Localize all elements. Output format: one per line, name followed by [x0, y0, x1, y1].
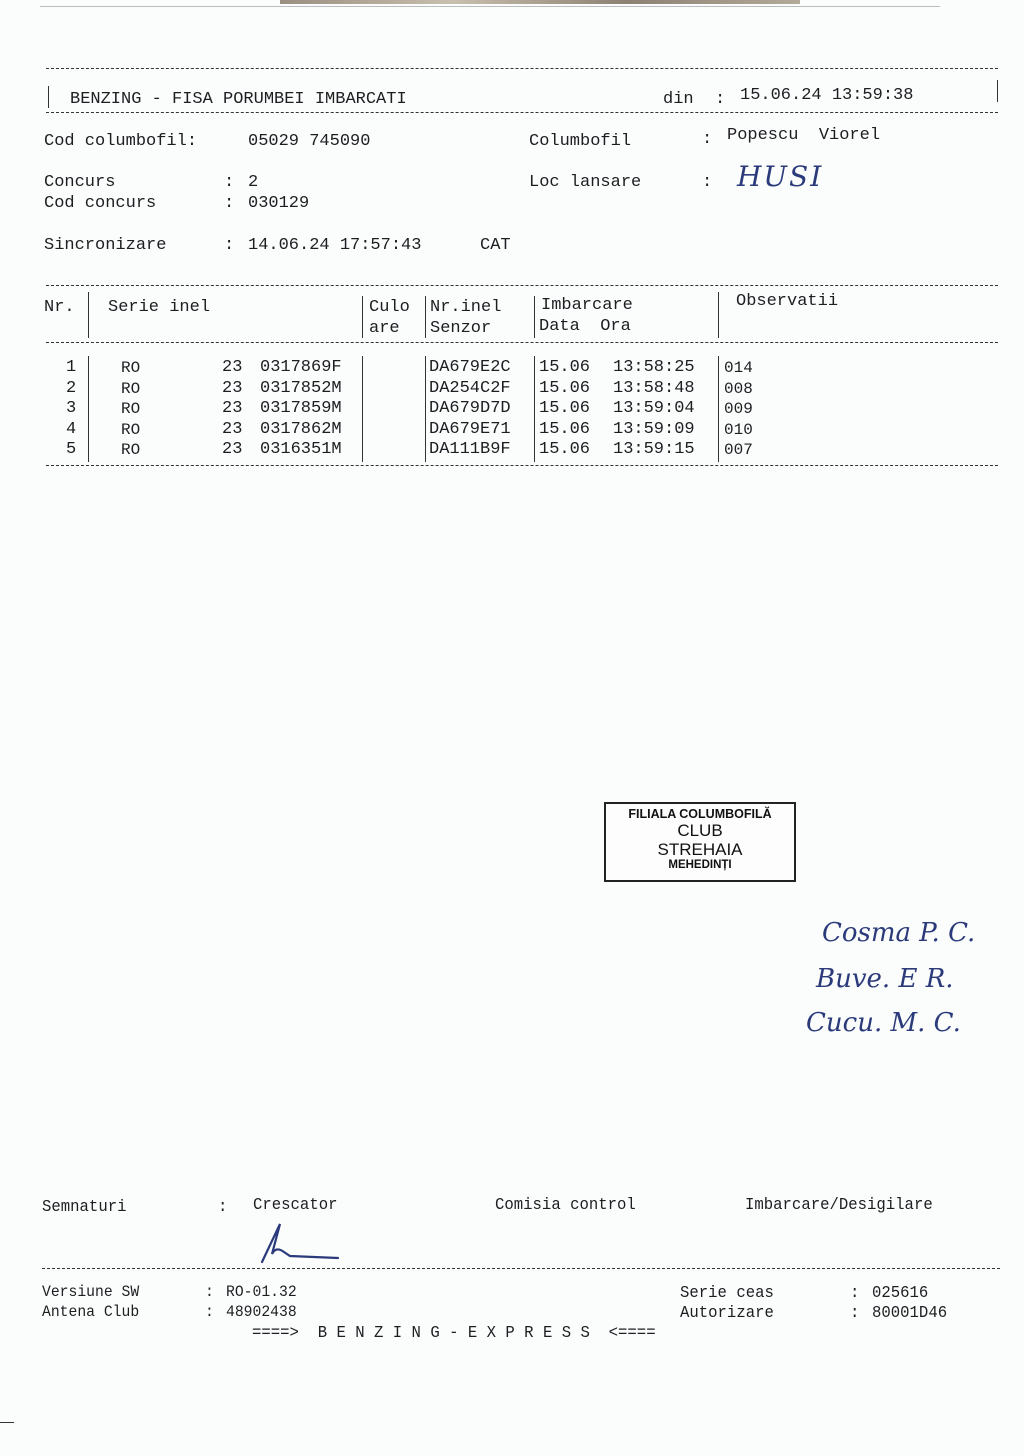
header-right-border [997, 80, 998, 102]
stamp-line-2: CLUB [606, 821, 794, 840]
row-date: 15.06 [539, 420, 590, 440]
col-divider [425, 296, 426, 338]
sincronizare-value: 14.06.24 17:57:43 [248, 236, 421, 256]
row-year: 23 [222, 440, 242, 460]
scan-margin-mark [0, 1422, 14, 1423]
row-ring-number: 0317859M [260, 399, 342, 419]
antena-label: Antena Club [42, 1302, 139, 1322]
cod-concurs-label: Cod concurs [44, 194, 156, 214]
row-time: 13:59:04 [613, 399, 695, 419]
serie-ceas-value: 025616 [872, 1284, 928, 1304]
autorizare-value: 80001D46 [872, 1304, 947, 1324]
versiune-label: Versiune SW [42, 1282, 139, 1302]
cod-concurs-separator: : [224, 194, 234, 214]
row-country: RO [121, 420, 140, 440]
date-separator: : [715, 90, 725, 110]
header-left-border [48, 86, 49, 108]
row-nr: 4 [66, 420, 76, 440]
autorizare-label: Autorizare [680, 1304, 774, 1324]
sincronizare-timezone: CAT [480, 236, 511, 256]
row-observatii: 008 [724, 379, 753, 399]
loc-lansare-separator: : [702, 173, 712, 193]
semnaturi-label: Semnaturi [42, 1198, 126, 1218]
row-observatii: 010 [724, 420, 753, 440]
columbofil-label: Columbofil [529, 132, 631, 152]
date-label: din [663, 90, 694, 110]
row-country: RO [121, 358, 140, 378]
crescator-label: Crescator [253, 1196, 337, 1216]
header-observatii: Observatii [736, 292, 838, 312]
row-senzor: DA679D7D [429, 399, 511, 419]
header-nr: Nr. [44, 298, 75, 318]
header-culoare-1: Culo [369, 298, 410, 318]
cod-concurs-value: 030129 [248, 194, 309, 214]
row-ring-number: 0317862M [260, 420, 342, 440]
row-time: 13:59:09 [613, 420, 695, 440]
concurs-separator: : [224, 173, 234, 193]
header-senzor-2: Senzor [430, 319, 491, 339]
header-imbarcare-2: Data Ora [539, 317, 631, 337]
table-bottom-border [46, 465, 998, 466]
row-nr: 1 [66, 358, 76, 378]
col-divider [534, 356, 535, 462]
row-time: 13:59:15 [613, 440, 695, 460]
row-observatii: 014 [724, 358, 753, 378]
row-senzor: DA679E71 [429, 420, 511, 440]
col-divider [718, 292, 719, 338]
row-country: RO [121, 440, 140, 460]
row-observatii: 007 [724, 440, 753, 460]
scan-edge-line [40, 6, 940, 7]
row-date: 15.06 [539, 440, 590, 460]
footer-separator [42, 1268, 1000, 1269]
col-divider [718, 356, 719, 462]
row-year: 23 [222, 358, 242, 378]
document-title: BENZING - FISA PORUMBEI IMBARCATI [70, 90, 407, 110]
row-observatii: 009 [724, 399, 753, 419]
col-divider [425, 356, 426, 462]
header-top-border [46, 68, 998, 69]
row-year: 23 [222, 379, 242, 399]
row-nr: 3 [66, 399, 76, 419]
row-year: 23 [222, 420, 242, 440]
col-divider [88, 356, 89, 462]
row-time: 13:58:25 [613, 358, 695, 378]
handwritten-signature-1: Cosma P. C. [822, 918, 975, 948]
header-bottom-border [46, 112, 998, 113]
row-date: 15.06 [539, 358, 590, 378]
row-time: 13:58:48 [613, 379, 695, 399]
benzing-express-banner: ====> B E N Z I N G - E X P R E S S <===… [252, 1324, 656, 1344]
versiune-value: RO-01.32 [226, 1282, 297, 1302]
table-top-border [46, 285, 998, 286]
col-divider [534, 296, 535, 338]
scan-edge-artifact [280, 0, 800, 4]
concurs-label: Concurs [44, 173, 115, 193]
sincronizare-separator: : [224, 236, 234, 256]
antena-separator: : [205, 1302, 214, 1322]
serie-ceas-separator: : [850, 1284, 859, 1304]
header-senzor-1: Nr.inel [430, 298, 501, 318]
columbofil-value: Popescu Viorel [727, 126, 880, 146]
row-country: RO [121, 399, 140, 419]
autorizare-separator: : [850, 1304, 859, 1324]
cod-columbofil-value: 05029 745090 [248, 132, 370, 152]
table-header-border [46, 342, 998, 343]
row-senzor: DA254C2F [429, 379, 511, 399]
row-ring-number: 0317869F [260, 358, 342, 378]
comisia-label: Comisia control [495, 1196, 636, 1216]
col-divider [362, 356, 363, 462]
header-imbarcare-1: Imbarcare [541, 296, 633, 316]
row-country: RO [121, 379, 140, 399]
loc-lansare-label: Loc lansare [529, 173, 641, 193]
document-date: 15.06.24 13:59:38 [740, 86, 913, 106]
serie-ceas-label: Serie ceas [680, 1284, 774, 1304]
imbarcare-desigilare-label: Imbarcare/Desigilare [745, 1196, 933, 1216]
row-year: 23 [222, 399, 242, 419]
cod-columbofil-label: Cod columbofil: [44, 132, 197, 152]
col-divider [88, 292, 89, 338]
stamp-line-1: FILIALA COLUMBOFILĂ [606, 807, 794, 821]
sincronizare-label: Sincronizare [44, 236, 166, 256]
header-serie: Serie inel [108, 298, 210, 318]
row-date: 15.06 [539, 399, 590, 419]
handwritten-signature-2: Buve. E R. [816, 964, 954, 994]
versiune-separator: : [205, 1282, 214, 1302]
columbofil-separator: : [702, 130, 712, 150]
row-date: 15.06 [539, 379, 590, 399]
club-stamp: FILIALA COLUMBOFILĂ CLUB STREHAIA MEHEDI… [604, 802, 796, 882]
row-ring-number: 0317852M [260, 379, 342, 399]
row-nr: 5 [66, 440, 76, 460]
loc-lansare-handwritten: HUSI [737, 160, 823, 193]
concurs-value: 2 [248, 173, 258, 193]
row-nr: 2 [66, 379, 76, 399]
row-ring-number: 0316351M [260, 440, 342, 460]
row-senzor: DA111B9F [429, 440, 511, 460]
handwritten-signature-3: Cucu. M. C. [806, 1008, 961, 1038]
stamp-line-4: MEHEDINȚI [606, 859, 794, 871]
stamp-line-3: STREHAIA [606, 840, 794, 859]
col-divider [362, 296, 363, 338]
semnaturi-separator: : [218, 1198, 227, 1218]
antena-value: 48902438 [226, 1302, 297, 1322]
header-culoare-2: are [369, 319, 400, 339]
row-senzor: DA679E2C [429, 358, 511, 378]
crescator-signature-mark [250, 1218, 350, 1268]
